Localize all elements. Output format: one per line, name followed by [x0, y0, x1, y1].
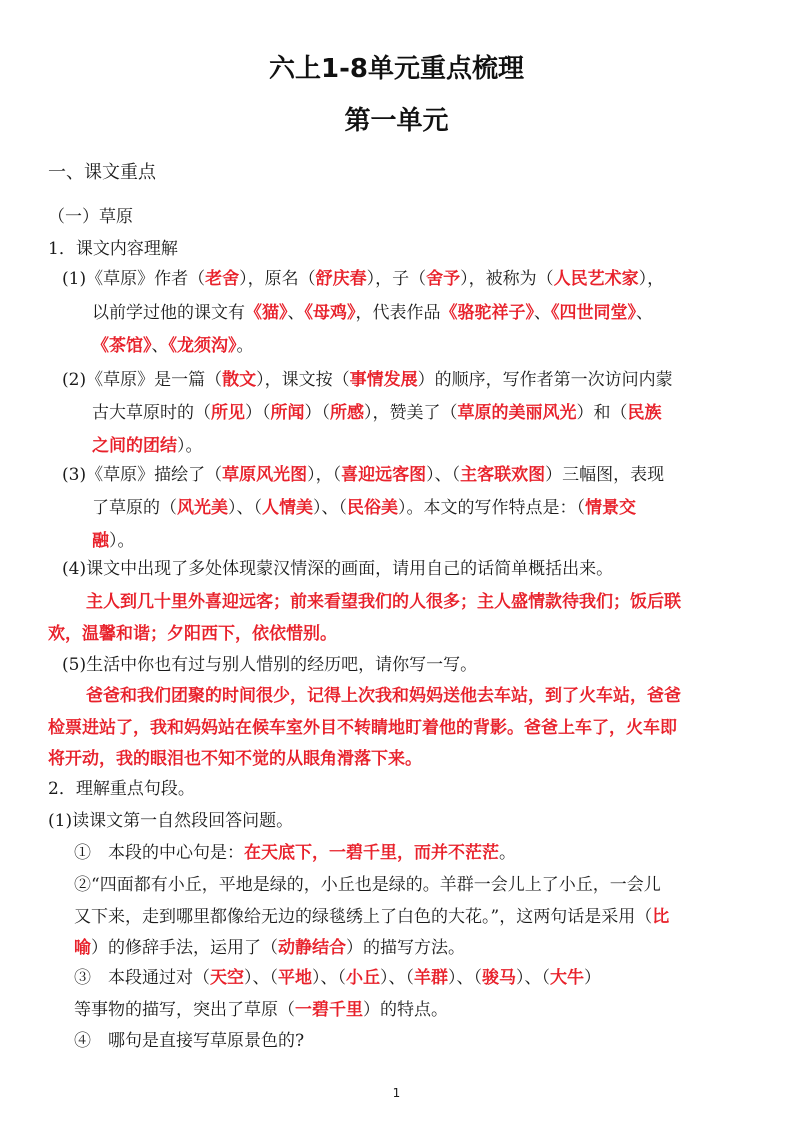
question-text: (3)《草原》描绘了（: [62, 465, 222, 485]
text-line: 古大草原时的（所见）（所闻）（所感），赞美了（草原的美丽风光）和（民族: [92, 402, 662, 424]
question-text: ）、（: [228, 498, 262, 518]
text-line: 爸爸和我们团聚的时间很少，记得上次我和妈妈送他去车站，到了火车站，爸爸: [86, 685, 681, 707]
item-heading: 1．课文内容理解: [48, 238, 178, 260]
question-text: ），（: [307, 465, 341, 485]
question-text: ）三幅图，表现: [545, 465, 664, 485]
text-line: 了草原的（风光美）、（人情美）、（民俗美）。本文的写作特点是：（情景交: [92, 497, 636, 519]
answer-text: 小丘: [346, 968, 380, 988]
question-text: ）。: [177, 436, 203, 456]
question-text: ）、（: [380, 968, 414, 988]
page-number: 1: [0, 1086, 793, 1100]
question-text: ）和（: [577, 403, 628, 423]
subsection-heading: （一）草原: [48, 206, 133, 228]
unit-title: 第一单元: [0, 100, 793, 137]
question-text: ）（: [305, 403, 331, 423]
text-line: 又下来，走到哪里都像给无边的绿毯绣上了白色的大花。”，这两句话是采用（比: [74, 906, 669, 928]
question-text: 等事物的描写，突出了草原（: [74, 1000, 295, 1020]
question-text: ），子（: [367, 269, 427, 289]
question-text: ）的特点。: [363, 1000, 448, 1020]
text-line: 之间的团结）。: [92, 435, 203, 457]
text-line: 将开动，我的眼泪也不知不觉的从眼角滑落下来。: [48, 748, 422, 770]
answer-text: 老舍: [205, 269, 239, 289]
answer-text: 羊群: [414, 968, 448, 988]
question-text: ）的修辞手法，运用了（: [91, 938, 278, 958]
answer-text: 《骆驼祥子》: [441, 303, 535, 323]
section-heading: 一、课文重点: [48, 162, 156, 184]
answer-text: 所见: [211, 403, 245, 423]
question-text: ）、（: [313, 498, 347, 518]
answer-text: 风光美: [177, 498, 228, 518]
question-text: ②“四面都有小丘，平地是绿的，小丘也是绿的。羊群一会儿上了小丘，一会儿: [74, 875, 661, 895]
question-text: 又下来，走到哪里都像给无边的绿毯绣上了白色的大花。”，这两句话是采用（: [74, 907, 652, 927]
question-text: ③ 本段通过对（: [74, 968, 210, 988]
question-text: 了草原的（: [92, 498, 177, 518]
text-line: 检票进站了，我和妈妈站在候车室外目不转睛地盯着他的背影。爸爸上车了，火车即: [48, 717, 677, 739]
text-line: 欢，温馨和谐；夕阳西下，依依惜别。: [48, 623, 337, 645]
answer-text: 主客联欢图: [460, 465, 545, 485]
question-text: ）（: [245, 403, 271, 423]
answer-text: 事情发展: [350, 370, 418, 390]
text-line: ① 本段的中心句是：在天底下，一碧千里，而并不茫茫。: [74, 842, 516, 864]
question-text: 、: [534, 303, 551, 323]
answer-text: 比: [652, 907, 669, 927]
answer-text: 爸爸和我们团聚的时间很少，记得上次我和妈妈送他去车站，到了火车站，爸爸: [86, 686, 681, 706]
text-line: 以前学过他的课文有《猫》、《母鸡》，代表作品《骆驼祥子》、《四世同堂》、: [92, 302, 653, 324]
answer-text: 《猫》: [245, 303, 288, 323]
document-title: 六上1-8单元重点梳理: [0, 48, 793, 85]
answer-text: 将开动，我的眼泪也不知不觉的从眼角滑落下来。: [48, 749, 422, 769]
question-text: 2．理解重点句段。: [48, 779, 195, 799]
answer-text: 《茶馆》: [92, 336, 152, 356]
text-line: ③ 本段通过对（天空）、（平地）、（小丘）、（羊群）、（骏马）、（大牛）: [74, 967, 601, 989]
text-line: 喻）的修辞手法，运用了（动静结合）的描写方法。: [74, 937, 465, 959]
question-text: ① 本段的中心句是：: [74, 843, 244, 863]
question-text: (1)读课文第一自然段回答问题。: [48, 811, 293, 831]
answer-text: 人情美: [262, 498, 313, 518]
question-text: (4)课文中出现了多处体现蒙汉情深的画面，请用自己的话简单概括出来。: [62, 559, 613, 579]
answer-text: 之间的团结: [92, 436, 177, 456]
question-text: ）。: [109, 531, 135, 551]
answer-text: 所闻: [271, 403, 305, 423]
text-line: (2)《草原》是一篇（散文），课文按（事情发展）的顺序，写作者第一次访问内蒙: [62, 369, 673, 391]
answer-text: 动静结合: [278, 938, 346, 958]
question-text: ）、（: [426, 465, 460, 485]
question-text: ）、（: [312, 968, 346, 988]
answer-text: 一碧千里: [295, 1000, 363, 1020]
question-text: ）、（: [244, 968, 278, 988]
text-line: ②“四面都有小丘，平地是绿的，小丘也是绿的。羊群一会儿上了小丘，一会儿: [74, 874, 661, 896]
answer-text: 检票进站了，我和妈妈站在候车室外目不转睛地盯着他的背影。爸爸上车了，火车即: [48, 718, 677, 738]
question-text: 古大草原时的（: [92, 403, 211, 423]
question-text: 、: [636, 303, 653, 323]
text-line: (4)课文中出现了多处体现蒙汉情深的画面，请用自己的话简单概括出来。: [62, 558, 613, 580]
answer-text: 喻: [74, 938, 91, 958]
answer-text: 民族: [628, 403, 662, 423]
answer-text: 舍予: [426, 269, 460, 289]
text-line: 融）。: [92, 530, 135, 552]
question-text: 以前学过他的课文有: [92, 303, 245, 323]
answer-text: 草原的美丽风光: [458, 403, 577, 423]
answer-text: 人民艺术家: [554, 269, 639, 289]
text-line: 等事物的描写，突出了草原（一碧千里）的特点。: [74, 999, 448, 1021]
text-line: 2．理解重点句段。: [48, 778, 195, 800]
question-text: ），被称为（: [460, 269, 554, 289]
text-line: (1)《草原》作者（老舍），原名（舒庆春），子（舍予），被称为（人民艺术家），: [62, 268, 664, 290]
question-text: (1)《草原》作者（: [62, 269, 205, 289]
question-text: 。: [237, 336, 254, 356]
answer-text: 《龙须沟》: [169, 336, 237, 356]
question-text: ）。本文的写作特点是：（: [398, 498, 585, 518]
text-line: ④ 哪句是直接写草原景色的?: [74, 1030, 304, 1052]
answer-text: 在天底下，一碧千里，而并不茫茫: [244, 843, 499, 863]
question-text: ④ 哪句是直接写草原景色的?: [74, 1031, 304, 1051]
answer-text: 情景交: [585, 498, 636, 518]
answer-text: 融: [92, 531, 109, 551]
text-line: 主人到几十里外喜迎远客；前来看望我们的人很多；主人盛情款待我们；饭后联: [86, 591, 681, 613]
answer-text: 天空: [210, 968, 244, 988]
question-text: ），原名（: [239, 269, 316, 289]
answer-text: 民俗美: [347, 498, 398, 518]
question-text: (2)《草原》是一篇（: [62, 370, 222, 390]
answer-text: 喜迎远客图: [341, 465, 426, 485]
question-text: 、: [152, 336, 169, 356]
question-text: ）: [584, 968, 601, 988]
text-line: (5)生活中你也有过与别人惜别的经历吧，请你写一写。: [62, 654, 477, 676]
answer-text: 《母鸡》: [305, 303, 356, 323]
text-line: (3)《草原》描绘了（草原风光图），（喜迎远客图）、（主客联欢图）三幅图，表现: [62, 464, 664, 486]
question-text: ）的描写方法。: [346, 938, 465, 958]
answer-text: 《四世同堂》: [551, 303, 636, 323]
text-line: 《茶馆》、《龙须沟》。: [92, 335, 254, 357]
answer-text: 舒庆春: [316, 269, 367, 289]
text-line: (1)读课文第一自然段回答问题。: [48, 810, 293, 832]
question-text: ），课文按（: [256, 370, 350, 390]
question-text: 、: [288, 303, 305, 323]
answer-text: 骏马: [482, 968, 516, 988]
answer-text: 主人到几十里外喜迎远客；前来看望我们的人很多；主人盛情款待我们；饭后联: [86, 592, 681, 612]
answer-text: 大牛: [550, 968, 584, 988]
answer-text: 平地: [278, 968, 312, 988]
question-text: ，代表作品: [356, 303, 441, 323]
question-text: ），: [639, 269, 665, 289]
question-text: ），赞美了（: [364, 403, 458, 423]
question-text: ）的顺序，写作者第一次访问内蒙: [418, 370, 673, 390]
question-text: ）、（: [516, 968, 550, 988]
answer-text: 所感: [330, 403, 364, 423]
question-text: ）、（: [448, 968, 482, 988]
question-text: 。: [499, 843, 516, 863]
answer-text: 散文: [222, 370, 256, 390]
question-text: (5)生活中你也有过与别人惜别的经历吧，请你写一写。: [62, 655, 477, 675]
answer-text: 欢，温馨和谐；夕阳西下，依依惜别。: [48, 624, 337, 644]
answer-text: 草原风光图: [222, 465, 307, 485]
